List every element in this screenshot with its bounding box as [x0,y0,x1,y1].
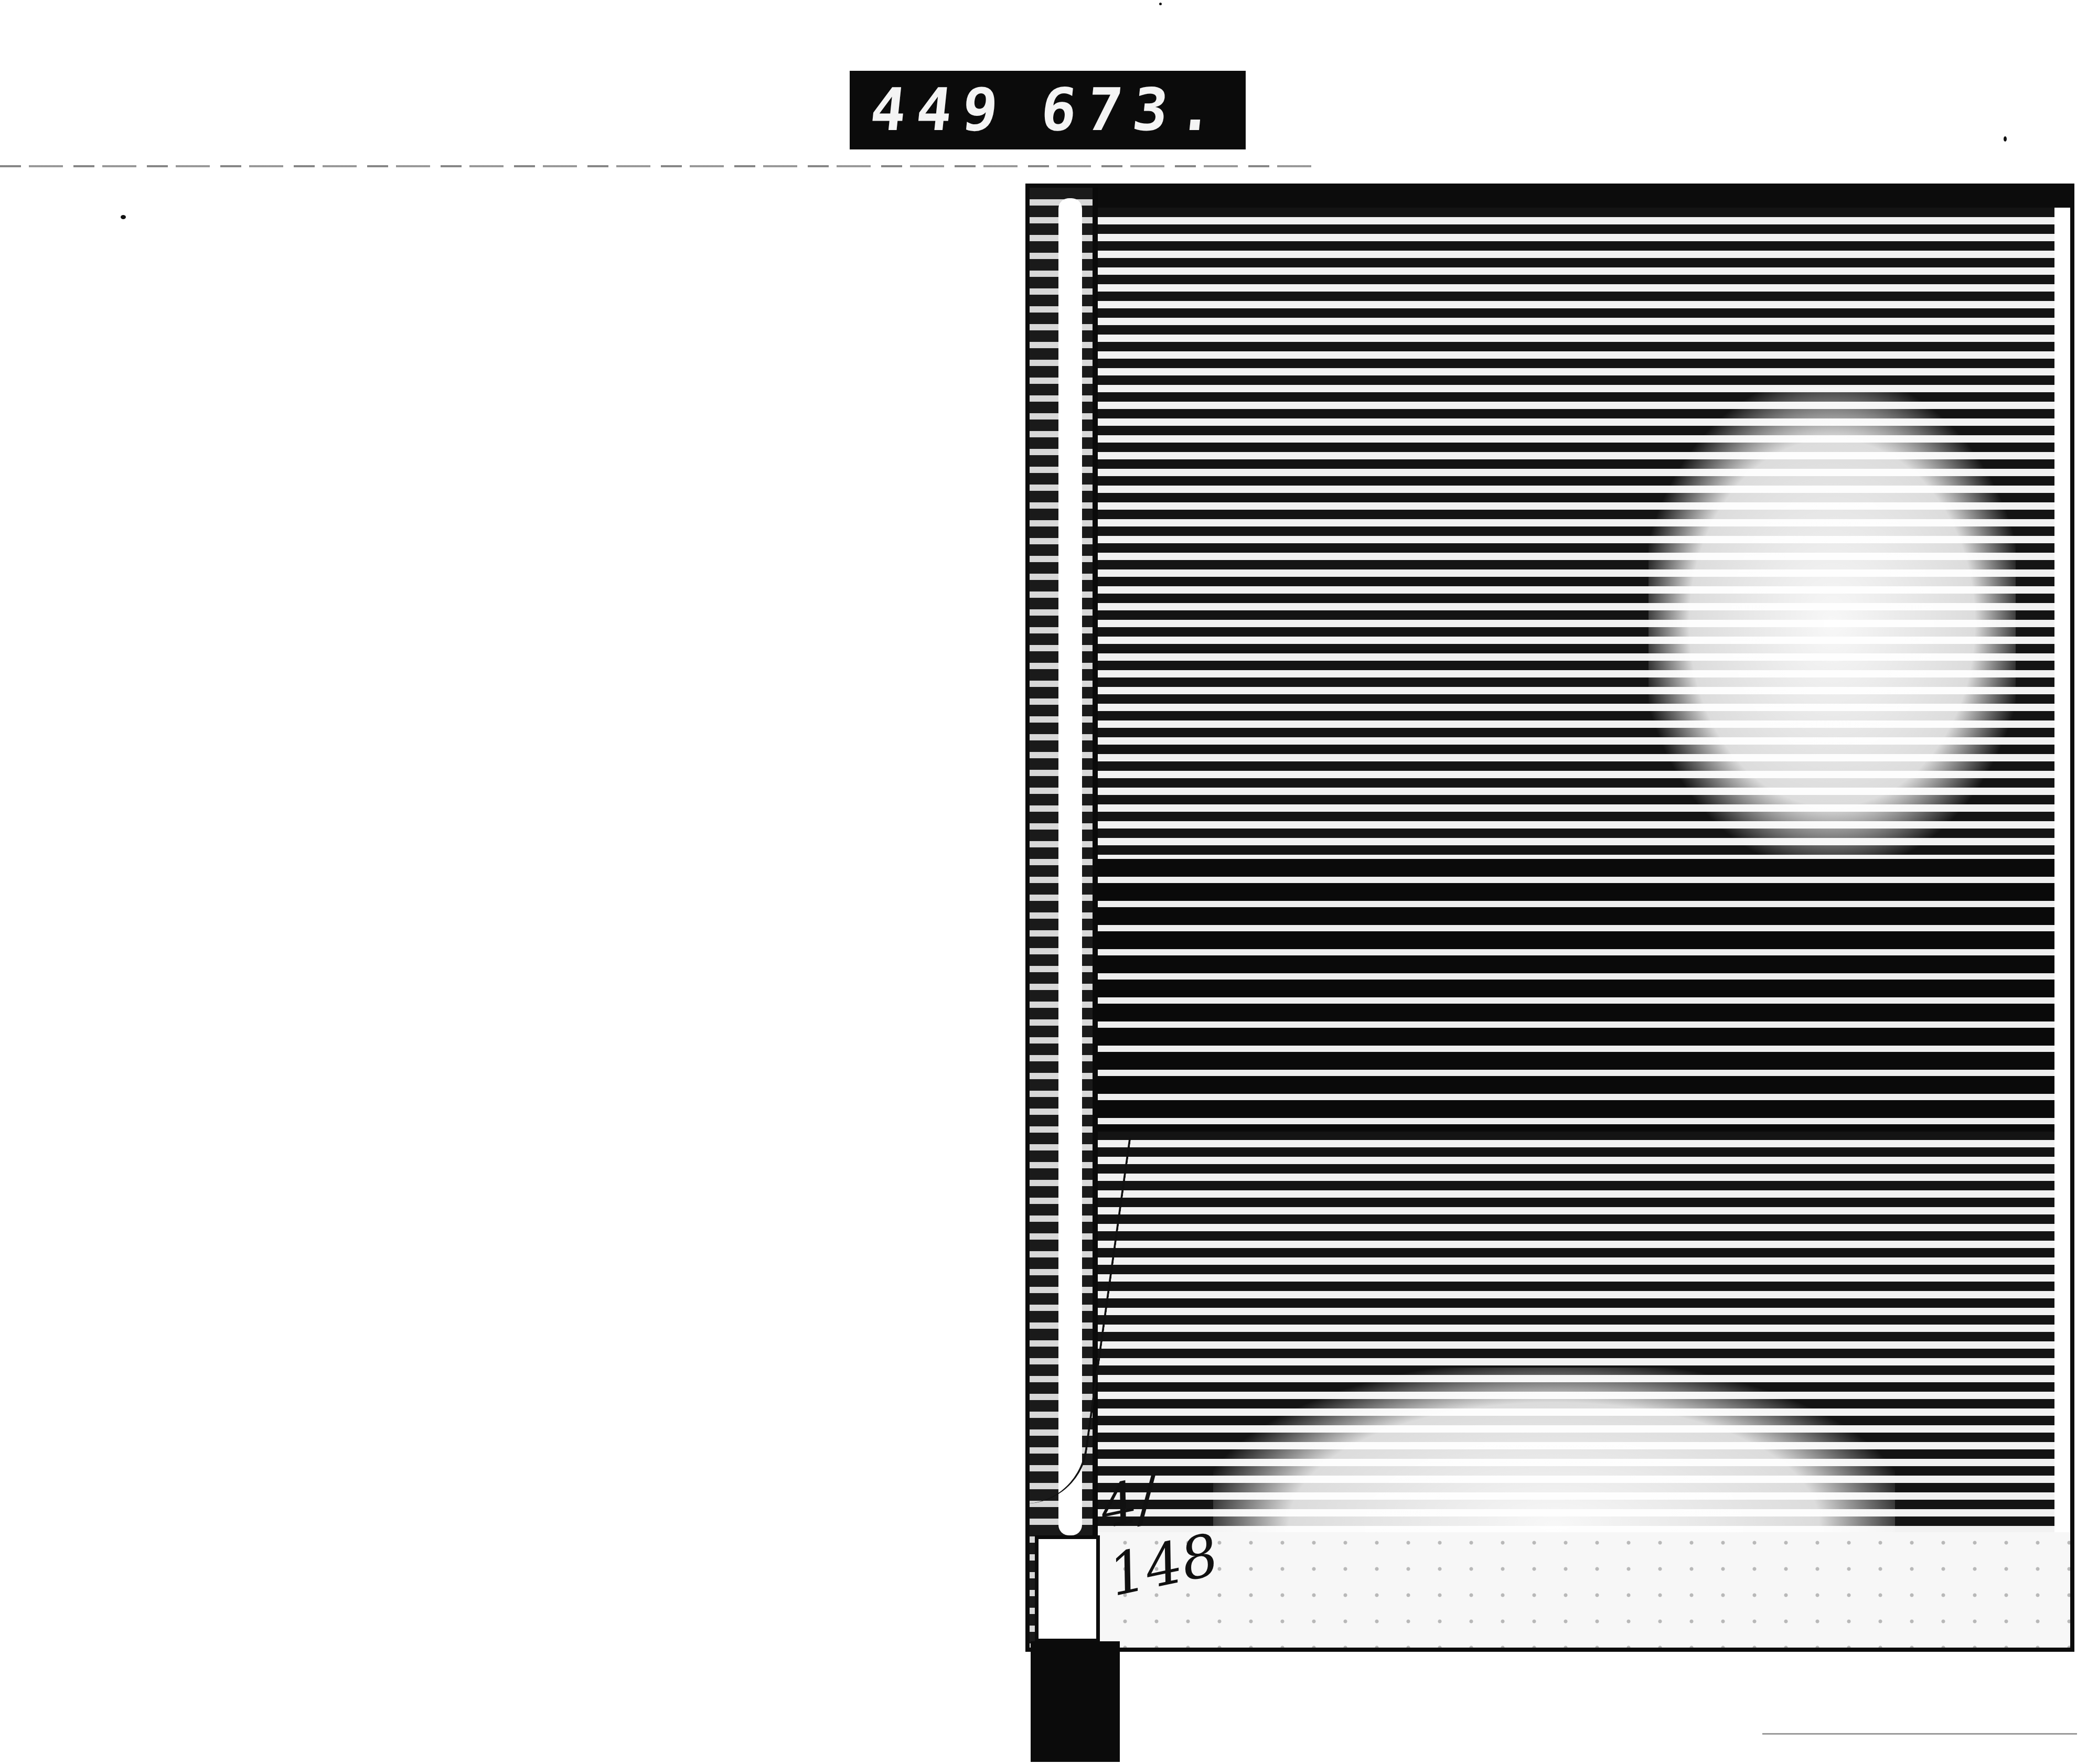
dust-speck [1159,3,1162,5]
scan-edge-rule-bottom [1762,1733,2077,1735]
frame-counter-left: 449 [867,76,1012,144]
spine-label-box [1035,1535,1100,1642]
dust-speck [121,215,126,219]
spine-tail-block [1031,1641,1120,1762]
dust-speck [2004,136,2007,142]
faded-patch [1649,387,2016,859]
cover-bottom-margin [1087,1532,2070,1648]
ledger-cover [1025,184,2074,1652]
frame-counter-right: 673. [1037,76,1228,144]
scan-background: 449 673. 4/ 148 [0,0,2098,1764]
cover-top-edge [1030,188,2070,208]
scan-edge-rule [0,165,1311,167]
frame-counter: 449 673. [850,71,1246,149]
binding-line [1093,188,1098,1652]
dense-stripe-band [1087,859,2054,1132]
